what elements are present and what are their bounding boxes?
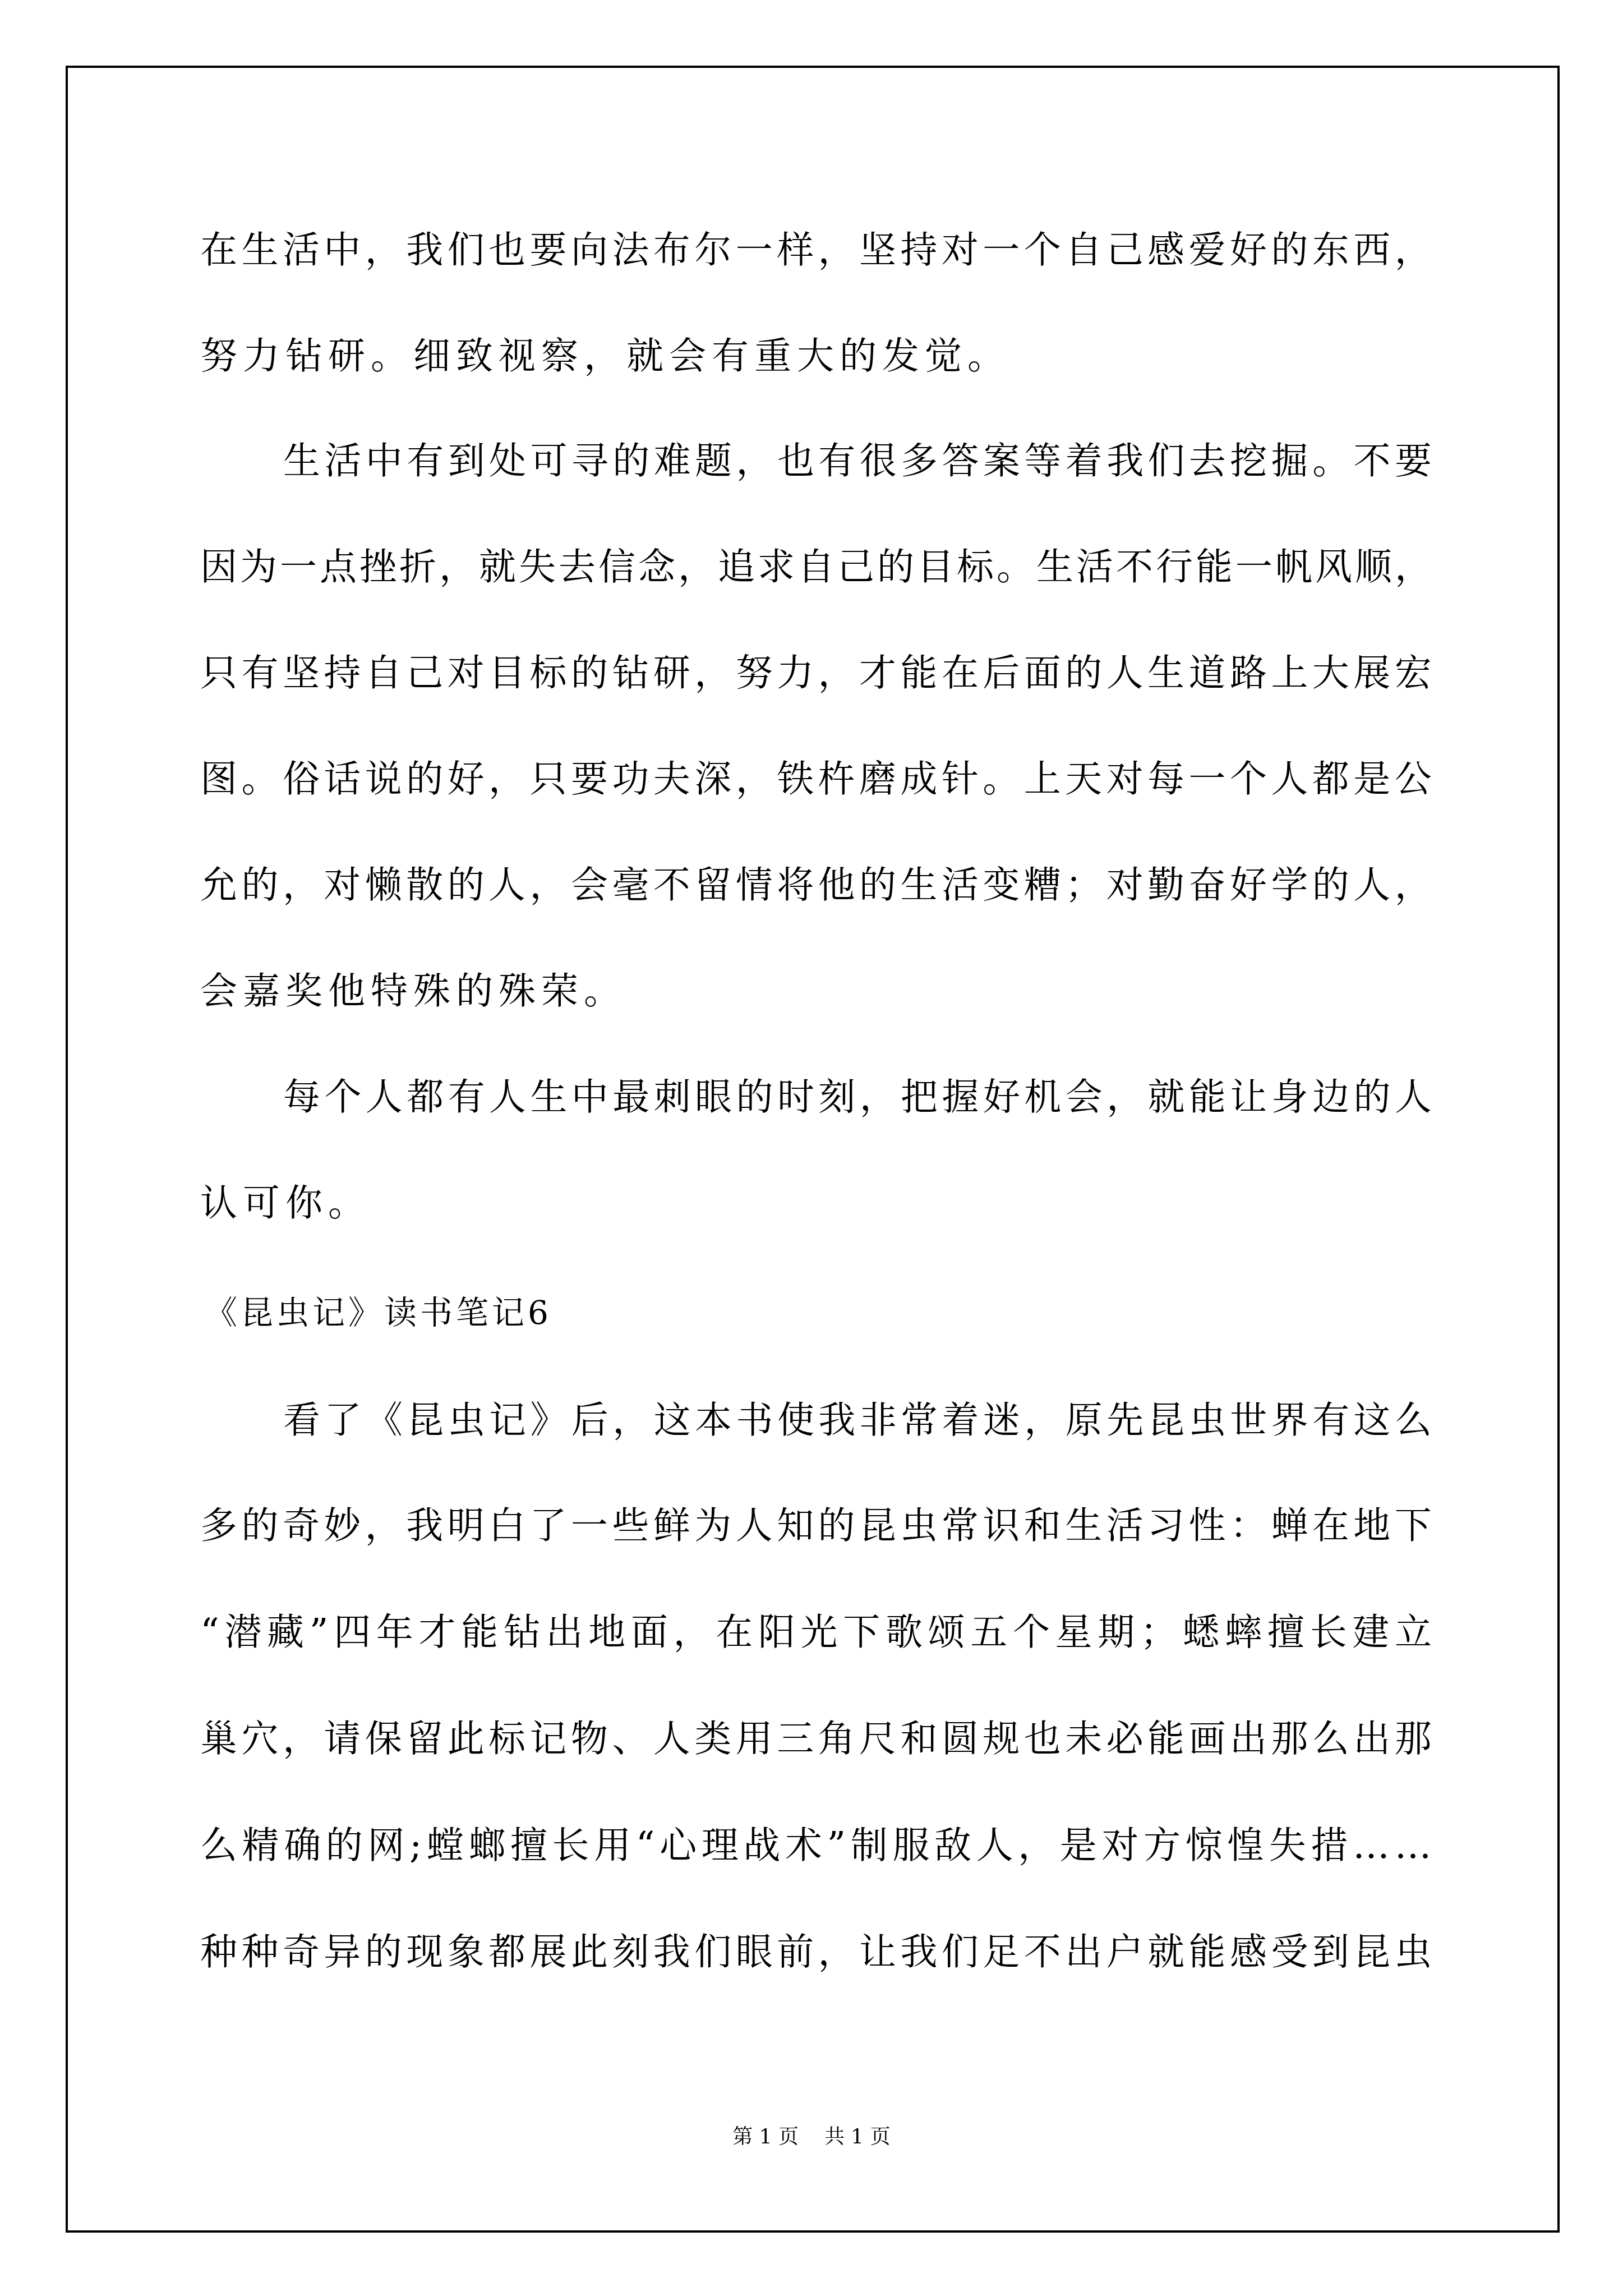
body-line: 么精确的网;螳螂擅长用“心理战术”制服敌人，是对方惊惶失措……: [200, 1820, 1432, 1871]
body-line: 努力钻研。细致视察，就会有重大的发觉。: [200, 331, 1010, 381]
body-line: 多的奇妙，我明白了一些鲜为人知的昆虫常识和生活习性：蝉在地下: [200, 1501, 1432, 1551]
body-line: 图。俗话说的好，只要功夫深，铁杵磨成针。上天对每一个人都是公: [200, 754, 1432, 804]
body-line: 允的，对懒散的人，会毫不留情将他的生活变糟；对勤奋好学的人，: [200, 860, 1432, 910]
body-line: 在生活中，我们也要向法布尔一样，坚持对一个自己感爱好的东西，: [200, 225, 1432, 275]
body-line: 因为一点挫折，就失去信念，追求自己的目标。生活不行能一帆风顺，: [200, 542, 1432, 592]
page-border: [66, 66, 1560, 2233]
body-line: 会嘉奖他特殊的殊荣。: [200, 966, 626, 1016]
body-line: 巢穴，请保留此标记物、人类用三角尺和圆规也未必能画出那么出那: [200, 1714, 1432, 1764]
body-line: 生活中有到处可寻的难题，也有很多答案等着我们去挖掘。不要: [283, 436, 1432, 486]
body-line: 只有坚持自己对目标的钻研，努力，才能在后面的人生道路上大展宏: [200, 648, 1432, 698]
section-heading: 《昆虫记》读书笔记6: [205, 1290, 552, 1335]
body-line: 看了《昆虫记》后，这本书使我非常着迷，原先昆虫世界有这么: [283, 1395, 1432, 1446]
body-line: 种种奇异的现象都展此刻我们眼前，让我们足不出户就能感受到昆虫: [200, 1927, 1432, 1977]
body-line: 每个人都有人生中最刺眼的时刻，把握好机会，就能让身边的人: [283, 1072, 1432, 1122]
body-line: “潜藏”四年才能钻出地面，在阳光下歌颂五个星期；蟋蟀擅长建立: [200, 1607, 1432, 1658]
body-line: 认可你。: [200, 1178, 371, 1228]
page-number-footer: 第 1 页 共 1 页: [0, 2123, 1623, 2151]
